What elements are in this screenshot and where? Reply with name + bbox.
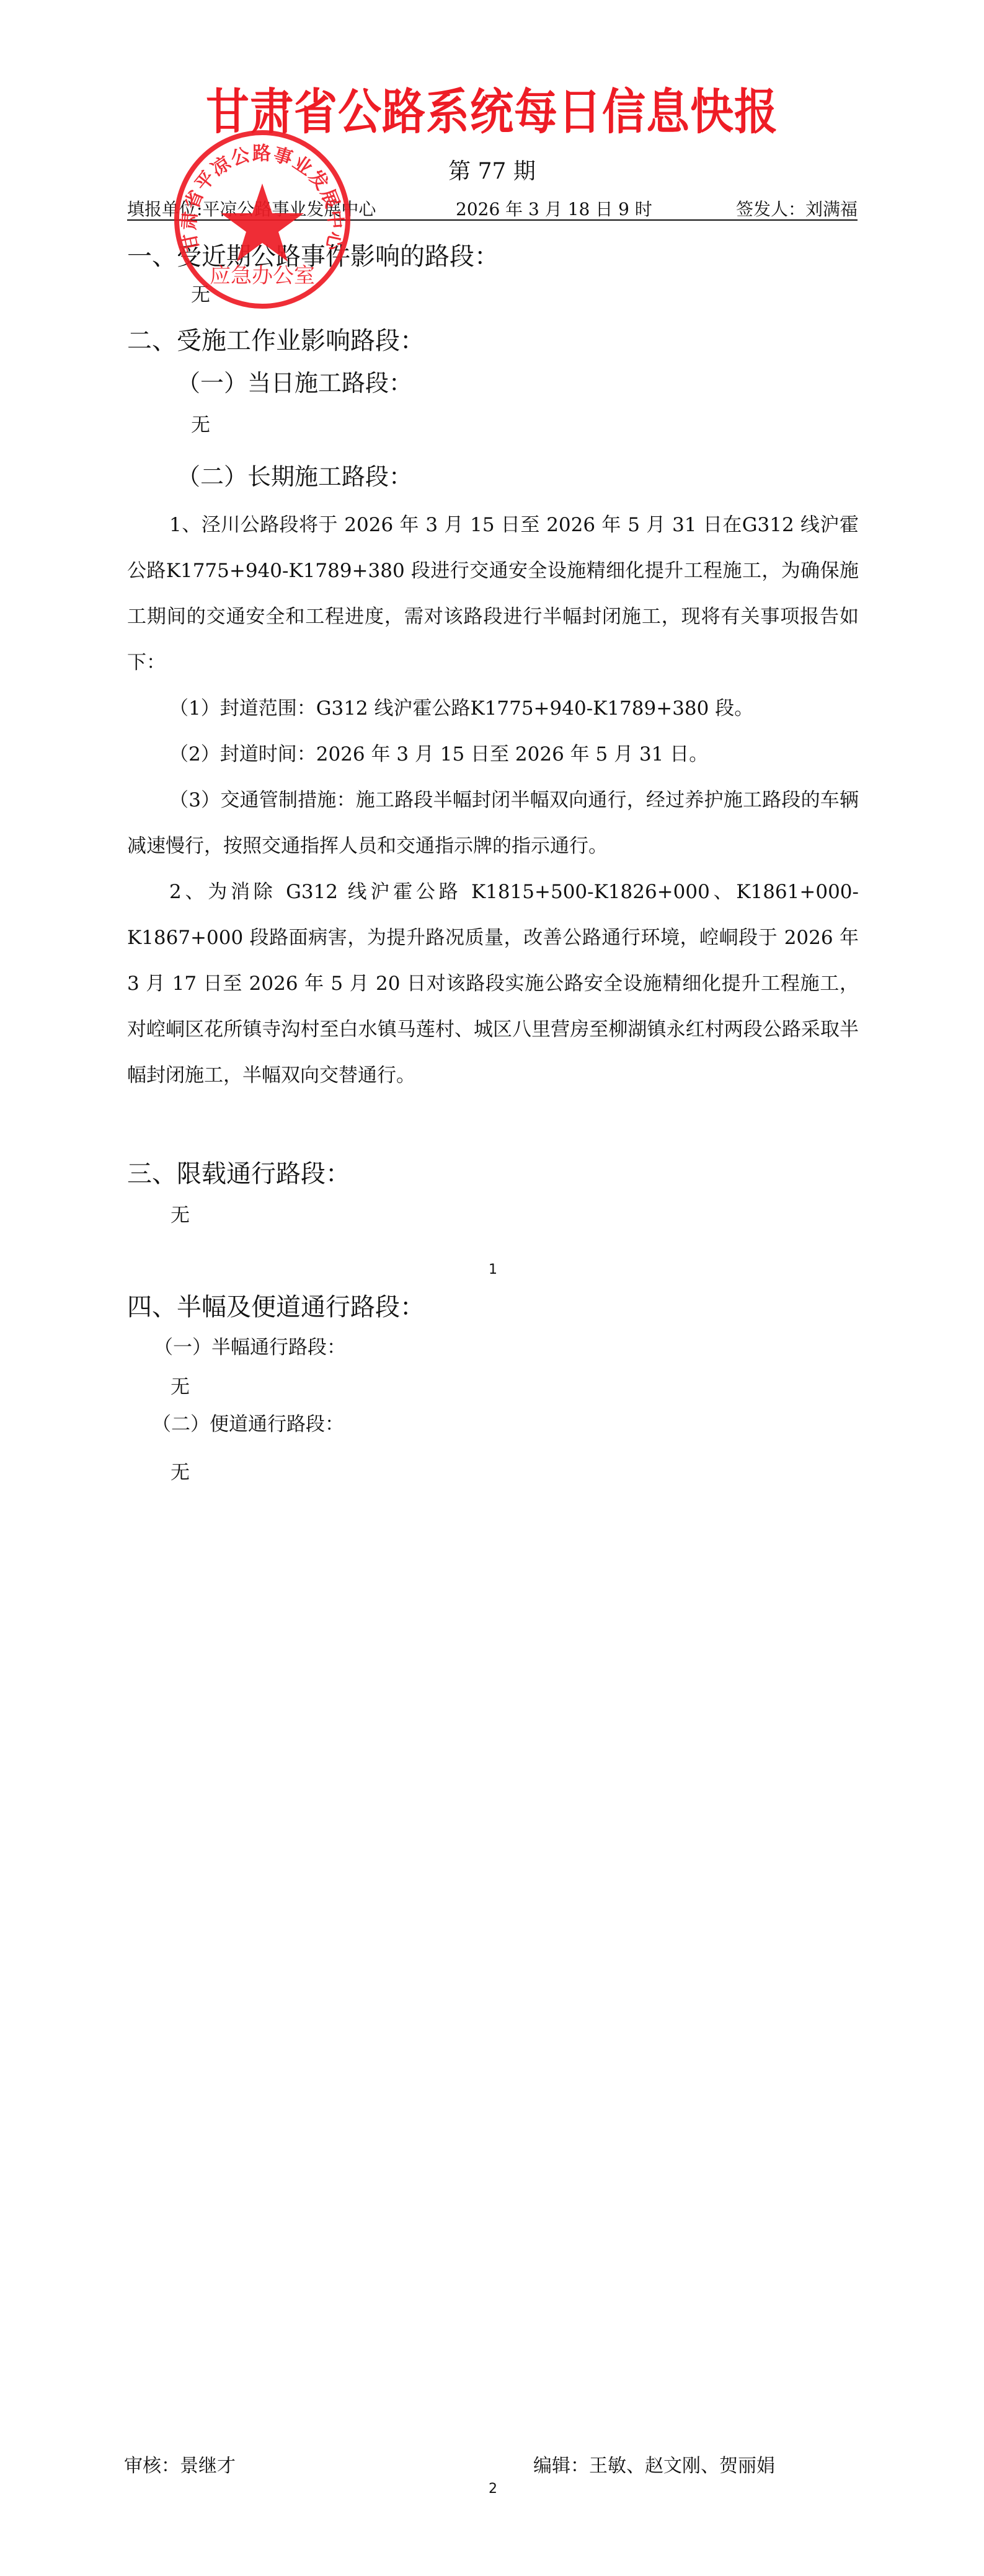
section-4-sub-2-heading: （二）便道通行路段： (152, 1408, 344, 1436)
page-number-2: 2 (489, 2481, 497, 2497)
report-title: 甘肃省公路系统每日信息快报 (0, 73, 984, 143)
report-datetime: 2026 年 3 月 18 日 9 时 (456, 196, 652, 221)
star-icon (221, 183, 304, 262)
section-4-sub-2-content: 无 (171, 1457, 190, 1484)
paragraph-closure-range: （1）封道范围：G312 线沪霍公路K1775+940-K1789+380 段。 (127, 686, 859, 731)
section-2-sub-1-content: 无 (191, 409, 210, 437)
section-2-heading: 二、受施工作业影响路段： (127, 321, 425, 356)
signer: 签发人：刘满福 (736, 196, 858, 221)
paragraph-traffic-control: （3）交通管制措施：施工路段半幅封闭半幅双向通行，经过养护施工路段的车辆减速慢行… (127, 777, 859, 869)
editors: 编辑：王敏、赵文刚、贺丽娟 (533, 2450, 775, 2477)
page-number-1: 1 (489, 1262, 497, 1277)
svg-text:应急办公室: 应急办公室 (210, 263, 315, 288)
paragraph-item-1: 1、泾川公路段将于 2026 年 3 月 15 日至 2026 年 5 月 31… (127, 502, 859, 686)
section-2-sub-1-heading: （一）当日施工路段： (177, 364, 412, 398)
seal-icon: 甘肃省平凉公路事业发展中心 应急办公室 (172, 129, 352, 310)
section-3-heading: 三、限载通行路段： (127, 1154, 350, 1189)
section-2-sub-2-heading: （二）长期施工路段： (177, 457, 412, 492)
section-3-content: 无 (171, 1199, 190, 1227)
paragraph-closure-time: （2）封道时间：2026 年 3 月 15 日至 2026 年 5 月 31 日… (127, 731, 859, 777)
section-4-sub-1-heading: （一）半幅通行路段： (154, 1331, 346, 1359)
section-4-sub-1-content: 无 (171, 1371, 190, 1399)
section-4-heading: 四、半幅及便道通行路段： (127, 1287, 425, 1323)
paragraph-item-2: 2、为消除 G312 线沪霍公路 K1815+500-K1826+000、K18… (127, 869, 859, 1098)
issue-number: 第 77 期 (0, 154, 984, 185)
reviewer: 审核：景继才 (124, 2450, 236, 2477)
long-term-construction-body: 1、泾川公路段将于 2026 年 3 月 15 日至 2026 年 5 月 31… (127, 502, 859, 1098)
official-seal: 甘肃省平凉公路事业发展中心 应急办公室 (172, 129, 352, 310)
